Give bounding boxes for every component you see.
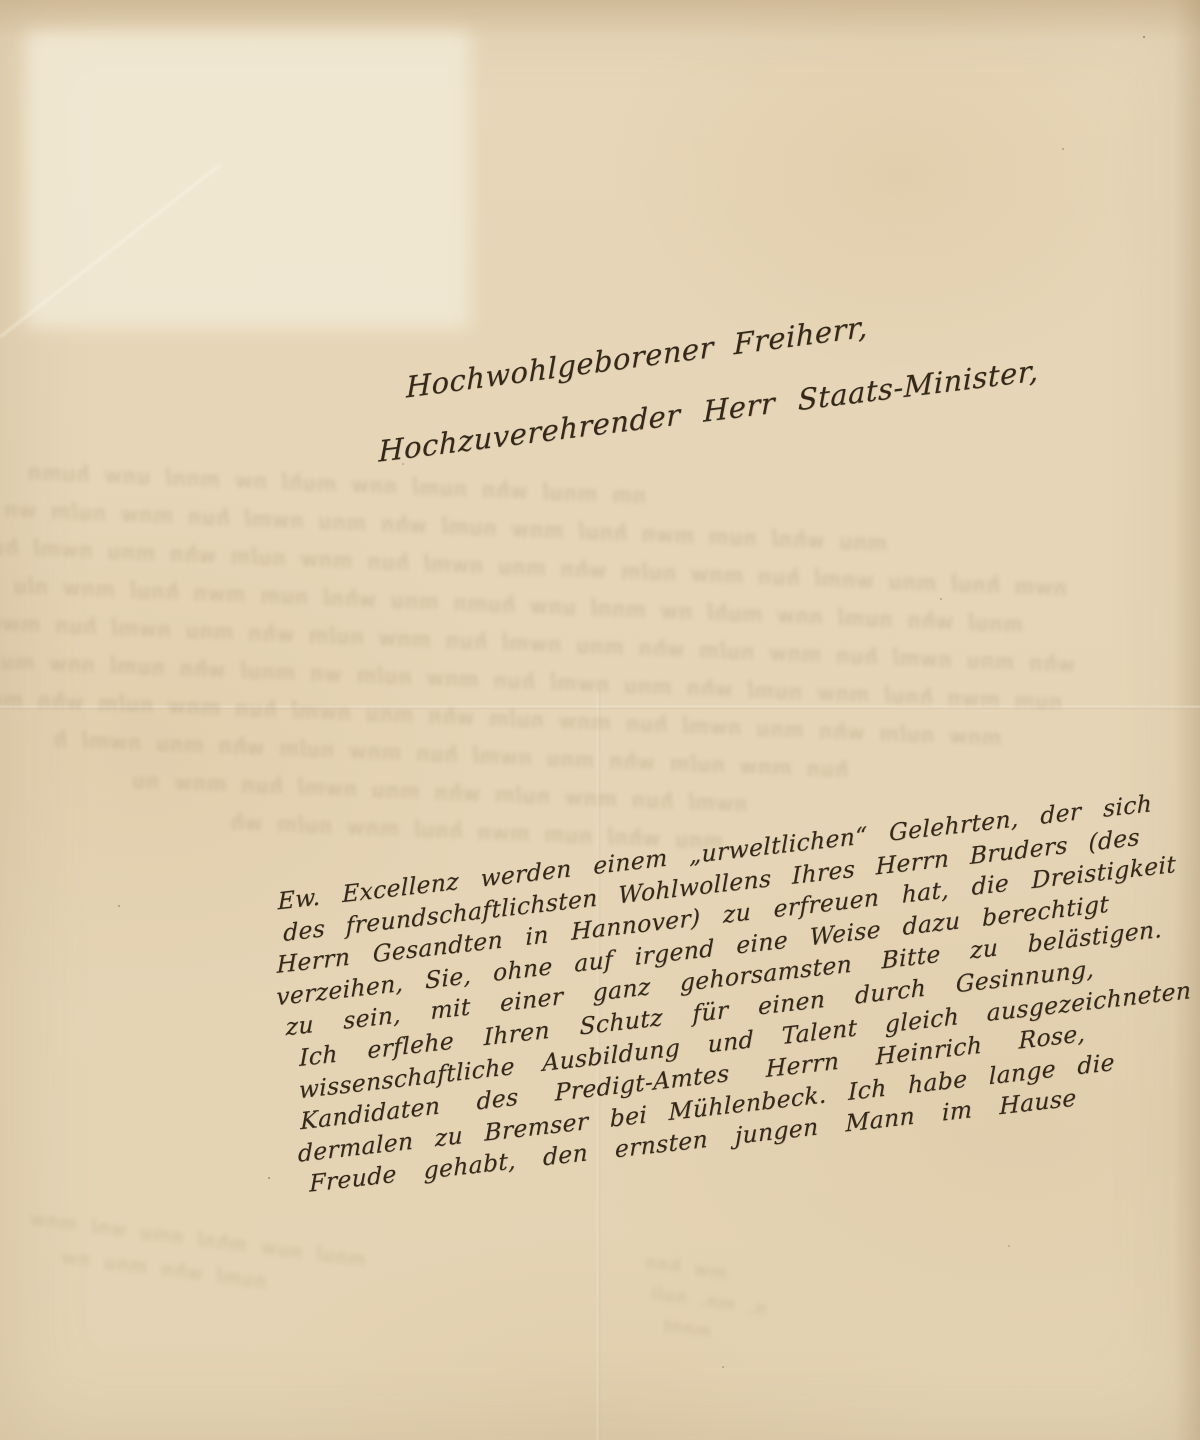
- bleed-through-bottom-left: mnul nuw mhnl nmu wnl mnw numl whn mnu n…: [23, 1202, 368, 1311]
- letter-scan: nm mnul whn numl nnw muhl nw mnnl unw hu…: [0, 0, 1200, 1440]
- bleed-through-bottom-center: mw hnn n. mn. nuli mnnt: [634, 1248, 773, 1355]
- paper-right-edge-shading: [1174, 0, 1200, 1440]
- bleed-through-line: mnnt: [660, 1311, 713, 1348]
- paper-specks: [0, 0, 2, 2]
- paper-light-patch: [26, 32, 470, 328]
